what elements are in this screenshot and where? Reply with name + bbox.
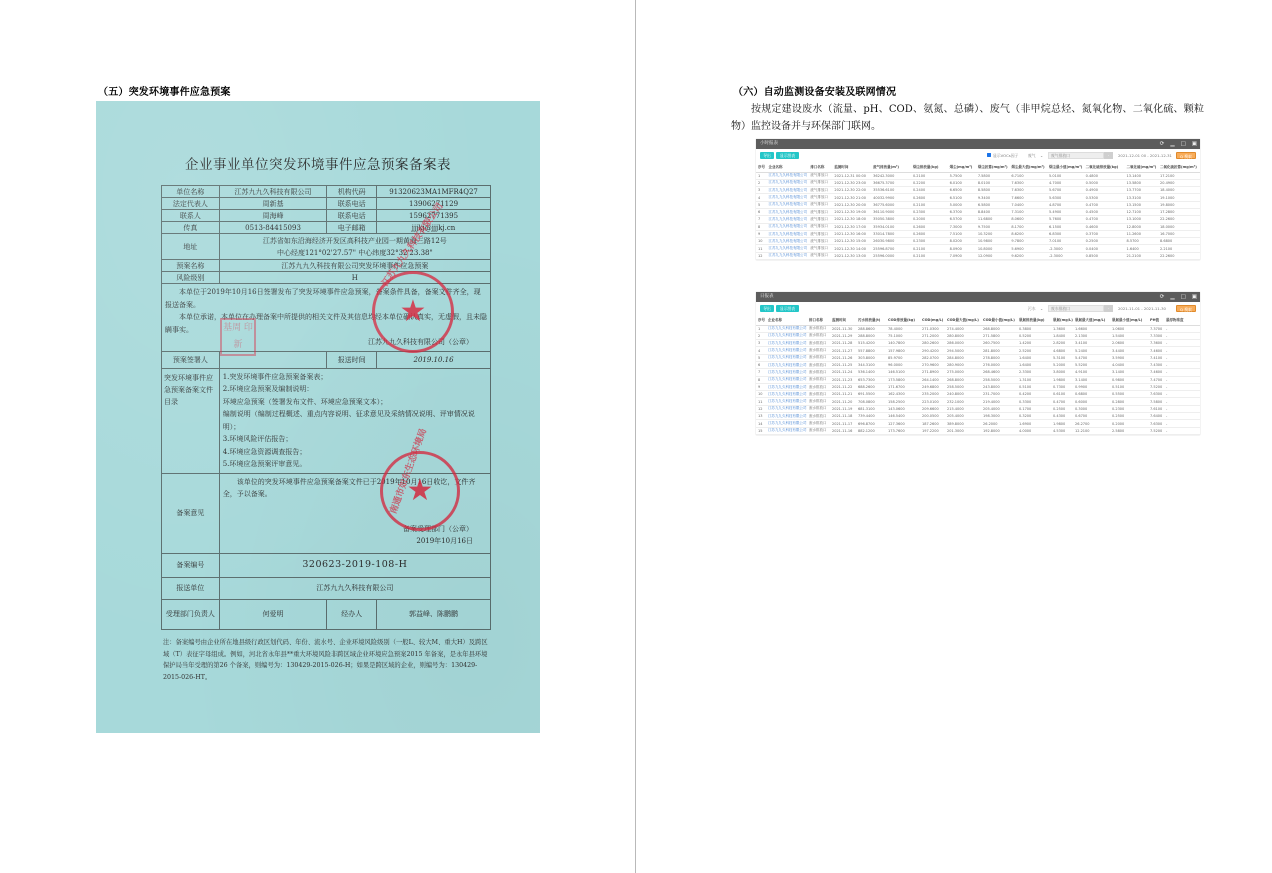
company-link[interactable]: 江苏九九久科技有限公司 [766,361,807,368]
table-cell: 9.7500 [976,223,1010,230]
company-link[interactable]: 江苏九九久科技有限公司 [766,172,808,179]
table-cell: 12.8000 [1125,223,1159,230]
company-link[interactable]: 江苏九九久科技有限公司 [766,245,808,252]
company-link[interactable]: 江苏九九久科技有限公司 [766,194,808,201]
column-header[interactable]: COD排放量(kg) [886,316,920,325]
table-cell: 5.6900 [1009,245,1047,252]
table-cell: 6.3700 [948,208,976,215]
table-cell: 696.8700 [856,420,886,427]
table-cell: 201.3000 [945,427,981,434]
table-row: 7江苏九九久科技有限公司废水排放口2021-11-24536.1400146.5… [756,369,1200,376]
legal-rep-label: 法定代表人 [162,198,220,210]
table-cell: 2021-11-24 [830,369,856,376]
show-chart-button[interactable]: 显示图表 [776,152,799,159]
table-cell: 6.5800 [976,201,1010,208]
table-cell: 18.4000 [1158,187,1200,194]
table-cell: 223.0100 [920,398,945,405]
filing-note: 注：备案编号由企业所在地县级行政区划代码、年份、流水号、企业环境风险级别（一般L… [163,637,493,683]
clear-select-button[interactable]: · [1104,152,1113,159]
table-row: 地址 江苏省如东沿海经济开发区高科技产业园一期黄海三路12号 中心经度121°0… [162,234,491,260]
table-cell: 0.3200 [1017,413,1051,420]
date-range-input[interactable]: 2021-12-01 00 - 2021-12-31 [1118,152,1172,159]
company-link[interactable]: 江苏九九久科技有限公司 [766,405,807,412]
table-cell: 22.2600 [1158,216,1200,223]
table-row: 8江苏九九久科技有限公司废水排放口2021-11-23653.7300173.5… [756,376,1200,383]
table-cell: 9.7800 [1009,238,1047,245]
table-row: 2江苏九九久科技有限公司废气排放口2021-12-30 23:0036675.3… [756,179,1200,186]
table-cell: 2021-11-28 [830,340,856,347]
company-link[interactable]: 江苏九九久科技有限公司 [766,391,807,398]
table-cell: 12 [756,252,766,259]
table-cell: 8.6200 [1009,230,1047,237]
table-cell: 0.2100 [911,252,948,259]
table-cell: 249.6800 [920,383,945,390]
table-cell: 8.5800 [976,187,1010,194]
table-cell: 废气排放口 [808,179,832,186]
company-link[interactable]: 江苏九九久科技有限公司 [766,347,807,354]
table-cell: - [1164,325,1200,332]
outlet-select[interactable]: 废气排放口 [1048,152,1104,159]
table-cell: 2021-11-23 [830,376,856,383]
table-row: 受理部门负责人 何爱明 经办人 郭益峰、陈鹏鹏 [162,599,491,629]
table-cell: 废气排放口 [808,201,832,208]
company-link[interactable]: 江苏九九久科技有限公司 [766,332,807,339]
export-button[interactable]: 导出 [760,152,774,159]
company-link[interactable]: 江苏九九久科技有限公司 [766,187,808,194]
table-cell: 2021-12-30 19:00 [832,208,871,215]
table-cell: 3.1400 [1073,376,1110,383]
column-header[interactable]: 烟尘(mg/m³) [948,163,976,172]
close-icon[interactable]: ▣ [1192,292,1197,302]
column-header[interactable]: COD最大值(mg/L) [945,316,981,325]
table-row: 报送单位 江苏九九久科技有限公司 [162,577,491,599]
table-cell: 9.3400 [976,194,1010,201]
table-cell: 0.4300 [1051,413,1073,420]
table-cell: 22.2600 [1158,252,1200,259]
table-cell: 0.2600 [911,230,948,237]
company-link[interactable]: 江苏九九久科技有限公司 [766,238,808,245]
table-cell: 1.9800 [1051,420,1073,427]
table-cell: 286.0000 [945,340,981,347]
company-link[interactable]: 江苏九九久科技有限公司 [766,340,807,347]
table-cell: - [1164,420,1200,427]
table-cell: 11.6800 [976,216,1010,223]
table-cell: 1.3600 [1051,325,1073,332]
column-header[interactable]: 氨氮最大值(mg/L) [1073,316,1110,325]
dept-head-label: 受理部门负责人 [162,599,220,629]
table-cell: 2021-12-30 23:00 [832,179,871,186]
agency-seal-line: 备案受理部门（公章） [223,523,487,536]
table-row: 6江苏九九久科技有限公司废气排放口2021-12-30 19:0036110.9… [756,208,1200,215]
column-header[interactable]: 污水排放量(t) [856,316,886,325]
table-cell: 2021-11-30 [830,325,856,332]
form-title: 企业事业单位突发环境事件应急预案备案表 [96,153,540,173]
table-cell: 7.4600 [1148,347,1164,354]
risk-level-label: 风险级别 [162,272,220,284]
table-cell: 废水排放口 [807,376,830,383]
column-header[interactable]: 烟尘最小值(mg/m³) [1047,163,1084,172]
opinion-label: 备案意见 [162,473,220,553]
table-cell: 8.0600 [1009,216,1047,223]
table-cell: 6.7100 [1009,172,1047,179]
refresh-icon[interactable]: ⟳ [1160,139,1165,149]
table-cell: 5.4900 [1047,208,1084,215]
table-cell: 2021-12-30 20:00 [832,201,871,208]
panel-title: 日报表 [760,294,774,299]
table-cell: 11 [756,398,766,405]
column-header[interactable]: 二氧化硫排放量(kg) [1084,163,1125,172]
search-button[interactable]: Q 搜索 [1176,305,1196,312]
column-header[interactable]: 排口名称 [808,163,832,172]
table-cell: 258.5000 [945,383,981,390]
table-cell: 16.7000 [1158,230,1200,237]
table-cell: 162.4300 [886,391,920,398]
unit-name-value: 江苏九九久科技有限公司 [219,186,327,198]
table-cell: 0.3300 [1017,398,1051,405]
company-link[interactable]: 江苏九九久科技有限公司 [766,398,807,405]
table-cell: 270.9600 [920,361,945,368]
column-header[interactable]: 序号 [756,163,766,172]
table-cell: 废水排放口 [807,391,830,398]
company-link[interactable]: 江苏九九久科技有限公司 [766,201,808,208]
table-cell: 1.6400 [1017,354,1051,361]
table-cell: 4.5300 [1051,427,1073,434]
table-cell: 96.0000 [886,361,920,368]
table-cell: 6.6500 [948,187,976,194]
table-header-row: 序号企业名称排口名称监测时间废气排放量(m³)烟尘排放量(kg)烟尘(mg/m³… [756,163,1200,172]
table-cell: 7.0100 [1047,238,1084,245]
column-header[interactable]: 排口名称 [807,316,830,325]
table-cell: 2021-12-30 17:00 [832,223,871,230]
table-cell: 0.4700 [1051,398,1073,405]
company-link[interactable]: 江苏九九久科技有限公司 [766,354,807,361]
table-row: 11江苏九九久科技有限公司废气排放口2021-12-30 14:0025596.… [756,245,1200,252]
minimize-icon[interactable]: ▁ [1170,139,1174,149]
table-cell: 11 [756,245,766,252]
table-row: 12江苏九九久科技有限公司废气排放口2021-12-30 13:0025596.… [756,252,1200,259]
company-link[interactable]: 江苏九九久科技有限公司 [766,223,808,230]
company-link[interactable]: 江苏九九久科技有限公司 [766,369,807,376]
table-row: 传真 0513-84415093 电子邮箱 jjjkj@jjjkj.cn [162,222,491,234]
table-cell: 废水排放口 [807,369,830,376]
table-cell: 废气排放口 [808,245,832,252]
water-data-table: 序号企业名称排口名称监测时间污水排放量(t)COD排放量(kg)COD(mg/L… [756,316,1200,435]
column-header[interactable]: 氨氮(mg/L) [1051,316,1073,325]
table-cell: 废气排放口 [808,238,832,245]
table-cell: 7.6300 [1009,179,1047,186]
table-cell: 5.7600 [1047,216,1084,223]
column-header[interactable]: 氨氮排放量(kg) [1017,316,1051,325]
table-cell: 19.1000 [1158,194,1200,201]
close-icon[interactable]: ▣ [1192,139,1197,149]
date-range-input[interactable]: 2021-11-01 - 2021-11-30 [1118,305,1166,312]
company-link[interactable]: 江苏九九久科技有限公司 [766,208,808,215]
table-cell: 7.3300 [1148,332,1164,339]
table-cell: 2021-11-25 [830,361,856,368]
column-header[interactable]: 序号 [756,316,766,325]
vocs-checkbox[interactable] [987,153,991,157]
table-cell: 8.5700 [1125,238,1159,245]
show-chart-button[interactable]: 显示图表 [776,305,799,312]
column-header[interactable]: 企业名称 [766,163,808,172]
table-cell: 4.7000 [1047,179,1084,186]
table-cell: 187.2600 [920,420,945,427]
table-cell: 157.9800 [886,347,920,354]
table-row: 9江苏九九久科技有限公司废水排放口2021-11-22688.2600171.6… [756,383,1200,390]
export-button[interactable]: 导出 [760,305,774,312]
table-cell: 7.3700 [1148,325,1164,332]
table-cell: 19.8000 [1158,201,1200,208]
chevron-down-icon: ⌄ [1040,305,1043,312]
table-cell: 5.7500 [948,172,976,179]
table-cell: 0.5500 [1110,391,1148,398]
table-cell: 15 [756,427,766,434]
table-cell: 8.0100 [976,179,1010,186]
table-cell: 288.8600 [856,325,886,332]
table-cell: 1.9800 [1051,376,1073,383]
water-daily-report-panel: 日报表 ⟳ ▁ □ ▣ 导出 显示图表 污水 ⌄ 废水排放口 · 2021-11… [756,292,1200,435]
column-header[interactable]: 废气排放量(m³) [871,163,911,172]
outlet-select[interactable]: 废水排放口 [1048,305,1104,312]
table-row: 9江苏九九久科技有限公司废气排放口2021-12-30 16:0033014.7… [756,230,1200,237]
table-cell: 废水排放口 [807,405,830,412]
table-row: 14江苏九九久科技有限公司废水排放口2021-11-17696.8700127.… [756,420,1200,427]
fax-value: 0513-84415093 [219,222,327,234]
table-cell: 691.5500 [856,391,886,398]
table-row: 备案编号 320623-2019-108-H [162,553,491,577]
plan-name-value: 江苏九九久科技有限公司突发环境事件应急预案 [219,260,490,272]
table-cell: -2.3000 [1047,252,1084,259]
table-cell: 12.0900 [976,252,1010,259]
coordinates-line: 中心经度121°02'27.57" 中心纬度32°32'23.38" [222,247,488,259]
table-cell: 10.9800 [976,238,1010,245]
column-header[interactable]: 氨氮最小值(mg/L) [1110,316,1148,325]
table-row: 5江苏九九久科技有限公司废水排放口2021-11-26303.800085.97… [756,354,1200,361]
company-link[interactable]: 江苏九九久科技有限公司 [766,252,808,259]
type-select[interactable]: 废气 [1028,152,1036,159]
table-cell: 0.2600 [911,223,948,230]
phone2-label: 联系电话 [327,210,377,222]
org-code-value: 91320623MA1MFR4Q27 [377,186,491,198]
table-cell: 1.5400 [1110,332,1148,339]
minimize-icon[interactable]: ▁ [1170,292,1174,302]
table-cell: 2021-11-27 [830,347,856,354]
table-header-row: 序号企业名称排口名称监测时间污水排放量(t)COD排放量(kg)COD(mg/L… [756,316,1200,325]
table-cell: 7 [756,369,766,376]
table-cell: 1 [756,325,766,332]
table-cell: 2021-11-20 [830,398,856,405]
table-cell: 0.2200 [911,179,948,186]
table-cell: 36110.9000 [871,208,911,215]
table-cell: 7.5200 [1148,427,1164,434]
table-cell: 25596.8700 [871,245,911,252]
column-header[interactable]: COD最小值(mg/L) [981,316,1017,325]
table-cell: 127.3600 [886,420,920,427]
table-cell: -2.3000 [1047,245,1084,252]
opinion-date: 2019年10月16日 [223,535,487,548]
table-cell: 8.0200 [948,238,976,245]
table-row: 10江苏九九久科技有限公司废水排放口2021-11-21691.5500162.… [756,391,1200,398]
table-cell: 3.5900 [1110,354,1148,361]
table-cell: 7.6600 [1009,194,1047,201]
table-cell: 1.8400 [1051,332,1073,339]
table-cell: 2 [756,332,766,339]
company-link[interactable]: 江苏九九久科技有限公司 [766,413,807,420]
table-cell: 232.1000 [945,398,981,405]
column-header[interactable]: 烟尘排放量(kg) [911,163,948,172]
table-cell: - [1164,427,1200,434]
table-cell: 1.6600 [1073,325,1110,332]
table-cell: 282.0700 [920,354,945,361]
type-select[interactable]: 污水 [1028,305,1036,312]
company-link[interactable]: 江苏九九久科技有限公司 [766,179,808,186]
table-cell: 5 [756,201,766,208]
table-cell: 303.8000 [856,354,886,361]
table-row: 13江苏九九久科技有限公司废水排放口2021-11-18739.4400146.… [756,413,1200,420]
table-row: 1江苏九九久科技有限公司废气排放口2021-12-31 00:0036242.3… [756,172,1200,179]
table-cell: 219.4000 [981,398,1017,405]
table-cell: 278.8000 [981,354,1017,361]
table-cell: - [1164,405,1200,412]
table-cell: - [1164,391,1200,398]
column-header[interactable]: 悬浮物浓度 [1164,316,1200,325]
table-cell: 7.6300 [1009,187,1047,194]
column-header[interactable]: 企业名称 [766,316,807,325]
maximize-icon[interactable]: □ [1181,292,1186,302]
risk-level-value: H [219,272,490,284]
company-link[interactable]: 江苏九九久科技有限公司 [766,420,807,427]
table-cell: 7.6300 [1148,420,1164,427]
table-cell: 13.1400 [1125,172,1159,179]
table-cell: 0.2300 [1110,405,1148,412]
table-cell: 0.2400 [911,187,948,194]
table-cell: 7.4600 [1148,369,1164,376]
table-cell: - [1164,340,1200,347]
table-cell: 8 [756,223,766,230]
table-cell: 653.7300 [856,376,886,383]
table-cell: 9.6200 [1009,252,1047,259]
table-cell: 26030.9800 [871,238,911,245]
column-header[interactable]: 烟尘折算(mg/m³) [976,163,1010,172]
table-cell: 35050.3800 [871,216,911,223]
column-header[interactable]: 监测时间 [830,316,856,325]
table-cell: 0.2300 [911,238,948,245]
table-row: 3江苏九九久科技有限公司废水排放口2021-11-28515.4200140.7… [756,340,1200,347]
company-link[interactable]: 江苏九九久科技有限公司 [766,325,807,332]
table-cell: 2021-12-30 14:00 [832,245,871,252]
table-cell: 4.0000 [1017,427,1051,434]
table-cell: 2021-12-30 22:00 [832,187,871,194]
table-cell: 0.9800 [1110,376,1148,383]
vocs-checkbox-label: 显示VOCs因子 [993,152,1018,159]
table-cell: 0.2000 [911,216,948,223]
email-label: 电子邮箱 [327,222,377,234]
table-cell: 36675.3700 [871,179,911,186]
filing-table: 单位名称 江苏九九久科技有限公司 机构代码 91320623MA1MFR4Q27… [161,185,491,630]
table-cell: 0.5100 [1017,383,1051,390]
table-cell: 173.5800 [886,376,920,383]
column-header[interactable]: 二氧化硫折算(mg/m³) [1158,163,1200,172]
table-cell: 2.2100 [1158,245,1200,252]
column-header[interactable]: 烟尘最大值(mg/m³) [1009,163,1047,172]
table-cell: 6.5700 [948,216,976,223]
refresh-icon[interactable]: ⟳ [1160,292,1165,302]
table-cell: 21.2100 [1125,252,1159,259]
table-cell: 146.5400 [886,413,920,420]
table-cell: 2021-11-21 [830,391,856,398]
company-link[interactable]: 江苏九九久科技有限公司 [766,216,808,223]
table-cell: 268.4600 [981,369,1017,376]
column-header[interactable]: PH值 [1148,316,1164,325]
table-cell: 36242.3000 [871,172,911,179]
table-cell: 25596.0000 [871,252,911,259]
table-cell: 5.0000 [948,201,976,208]
table-cell: 2021-12-31 00:00 [832,172,871,179]
table-cell: - [1164,376,1200,383]
table-cell: 2.1300 [1073,332,1110,339]
table-cell: 0.2000 [1110,420,1148,427]
table-cell: 6.0100 [948,179,976,186]
table-row: 预案签署人 报送时间 2019.10.16 [162,351,491,368]
table-cell: 0.2500 [1051,405,1073,412]
table-cell: 废气排放口 [808,187,832,194]
table-cell: 20.4900 [1158,179,1200,186]
company-link[interactable]: 江苏九九久科技有限公司 [766,383,807,390]
column-header[interactable]: 二氧化硫(mg/m³) [1125,163,1159,172]
table-cell: 192.8000 [981,427,1017,434]
table-cell: 2021-12-30 15:00 [832,238,871,245]
table-cell: 0.2600 [911,194,948,201]
search-button[interactable]: Q 搜索 [1176,152,1196,159]
table-cell: 9 [756,383,766,390]
table-cell: 7.6400 [1148,413,1164,420]
table-cell: 0.9900 [1073,383,1110,390]
table-cell: 4 [756,194,766,201]
table-cell: 8.8400 [976,208,1010,215]
maximize-icon[interactable]: □ [1181,139,1186,149]
table-cell: 276.0000 [981,361,1017,368]
table-cell: 0.4700 [1084,201,1125,208]
table-cell: 2.3300 [1017,369,1051,376]
company-link[interactable]: 江苏九九久科技有限公司 [766,230,808,237]
phone1-label: 联系电话 [327,198,377,210]
table-cell: 0.4200 [1017,391,1051,398]
table-cell: 271.0300 [920,325,945,332]
column-header[interactable]: COD(mg/L) [920,316,945,325]
company-link[interactable]: 江苏九九久科技有限公司 [766,427,807,434]
plan-name-label: 预案名称 [162,260,220,272]
table-cell: 5.2400 [1073,347,1110,354]
table-cell: - [1164,347,1200,354]
table-cell: 26.2000 [981,420,1017,427]
table-cell: 0.3700 [1084,230,1125,237]
table-cell: 5.0100 [1047,172,1084,179]
table-cell: 1.0600 [1110,325,1148,332]
company-link[interactable]: 江苏九九久科技有限公司 [766,376,807,383]
signer-label: 预案签署人 [162,351,220,368]
table-cell: 13.1500 [1125,201,1159,208]
table-cell: 284.8000 [945,354,981,361]
table-cell: 143.0600 [886,405,920,412]
table-cell: 废水排放口 [807,420,830,427]
submit-unit-value: 江苏九九久科技有限公司 [219,577,490,599]
table-cell: 废水排放口 [807,354,830,361]
table-cell: 2.5800 [1110,427,1148,434]
column-header[interactable]: 监测时间 [832,163,871,172]
table-cell: 5.6300 [1047,194,1084,201]
clear-select-button[interactable]: · [1104,305,1113,312]
section-heading-monitoring: （六）自动监测设备安装及联网情况 [733,83,896,98]
